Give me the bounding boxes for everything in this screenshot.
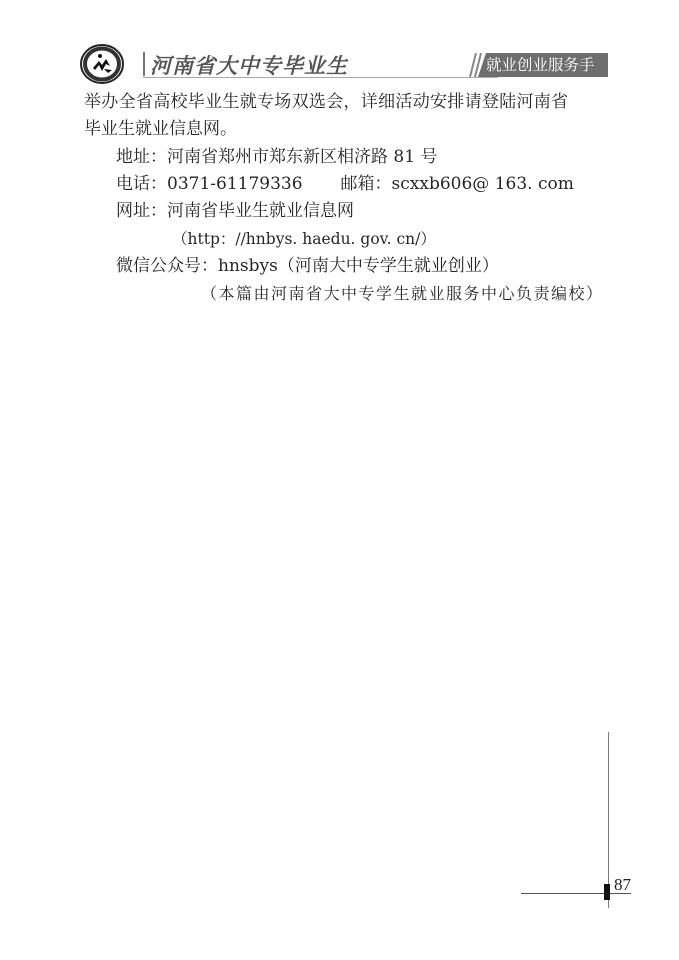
page-header: 河南省大中专毕业生 就业创业服务手册 [0,0,679,95]
wechat-value: hnsbys（河南大中专学生就业创业） [218,256,499,276]
header-divider [143,52,145,76]
email-value: scxxb606@ 163. com [392,174,574,194]
address-label: 地址： [116,147,167,167]
header-right-title: 就业创业服务手册 [478,53,608,77]
paragraph-line-1: 举办全省高校毕业生就专场双选会，详细活动安排请登陆河南省 [84,92,568,112]
website-label: 网址： [116,201,167,221]
website-url: （http：//hnbys. haedu. gov. cn/） [172,229,436,249]
phone-label: 电话： [116,174,167,194]
website-line: 网址：河南省毕业生就业信息网 [116,201,354,221]
wechat-label: 微信公众号： [116,256,218,276]
wechat-line: 微信公众号：hnsbys（河南大中专学生就业创业） [116,256,499,276]
header-rule [143,77,498,78]
credit-note: （本篇由河南省大中专学生就业服务中心负责编校） [201,284,604,304]
header-left-title: 河南省大中专毕业生 [150,50,348,80]
address-value: 河南省郑州市郑东新区相济路 81 号 [167,147,437,167]
contact-line: 电话：0371-61179336邮箱：scxxb606@ 163. com [116,174,574,194]
margin-vertical-rule [608,732,609,908]
emblem-logo-icon [80,44,124,84]
website-value: 河南省毕业生就业信息网 [167,201,354,221]
email-label: 邮箱： [341,174,392,194]
phone-value: 0371-61179336 [167,174,303,194]
address-line: 地址：河南省郑州市郑东新区相济路 81 号 [116,147,437,167]
paragraph-line-2: 毕业生就业信息网。 [84,119,237,139]
page-number: 87 [614,875,631,895]
page-marker [604,884,610,900]
